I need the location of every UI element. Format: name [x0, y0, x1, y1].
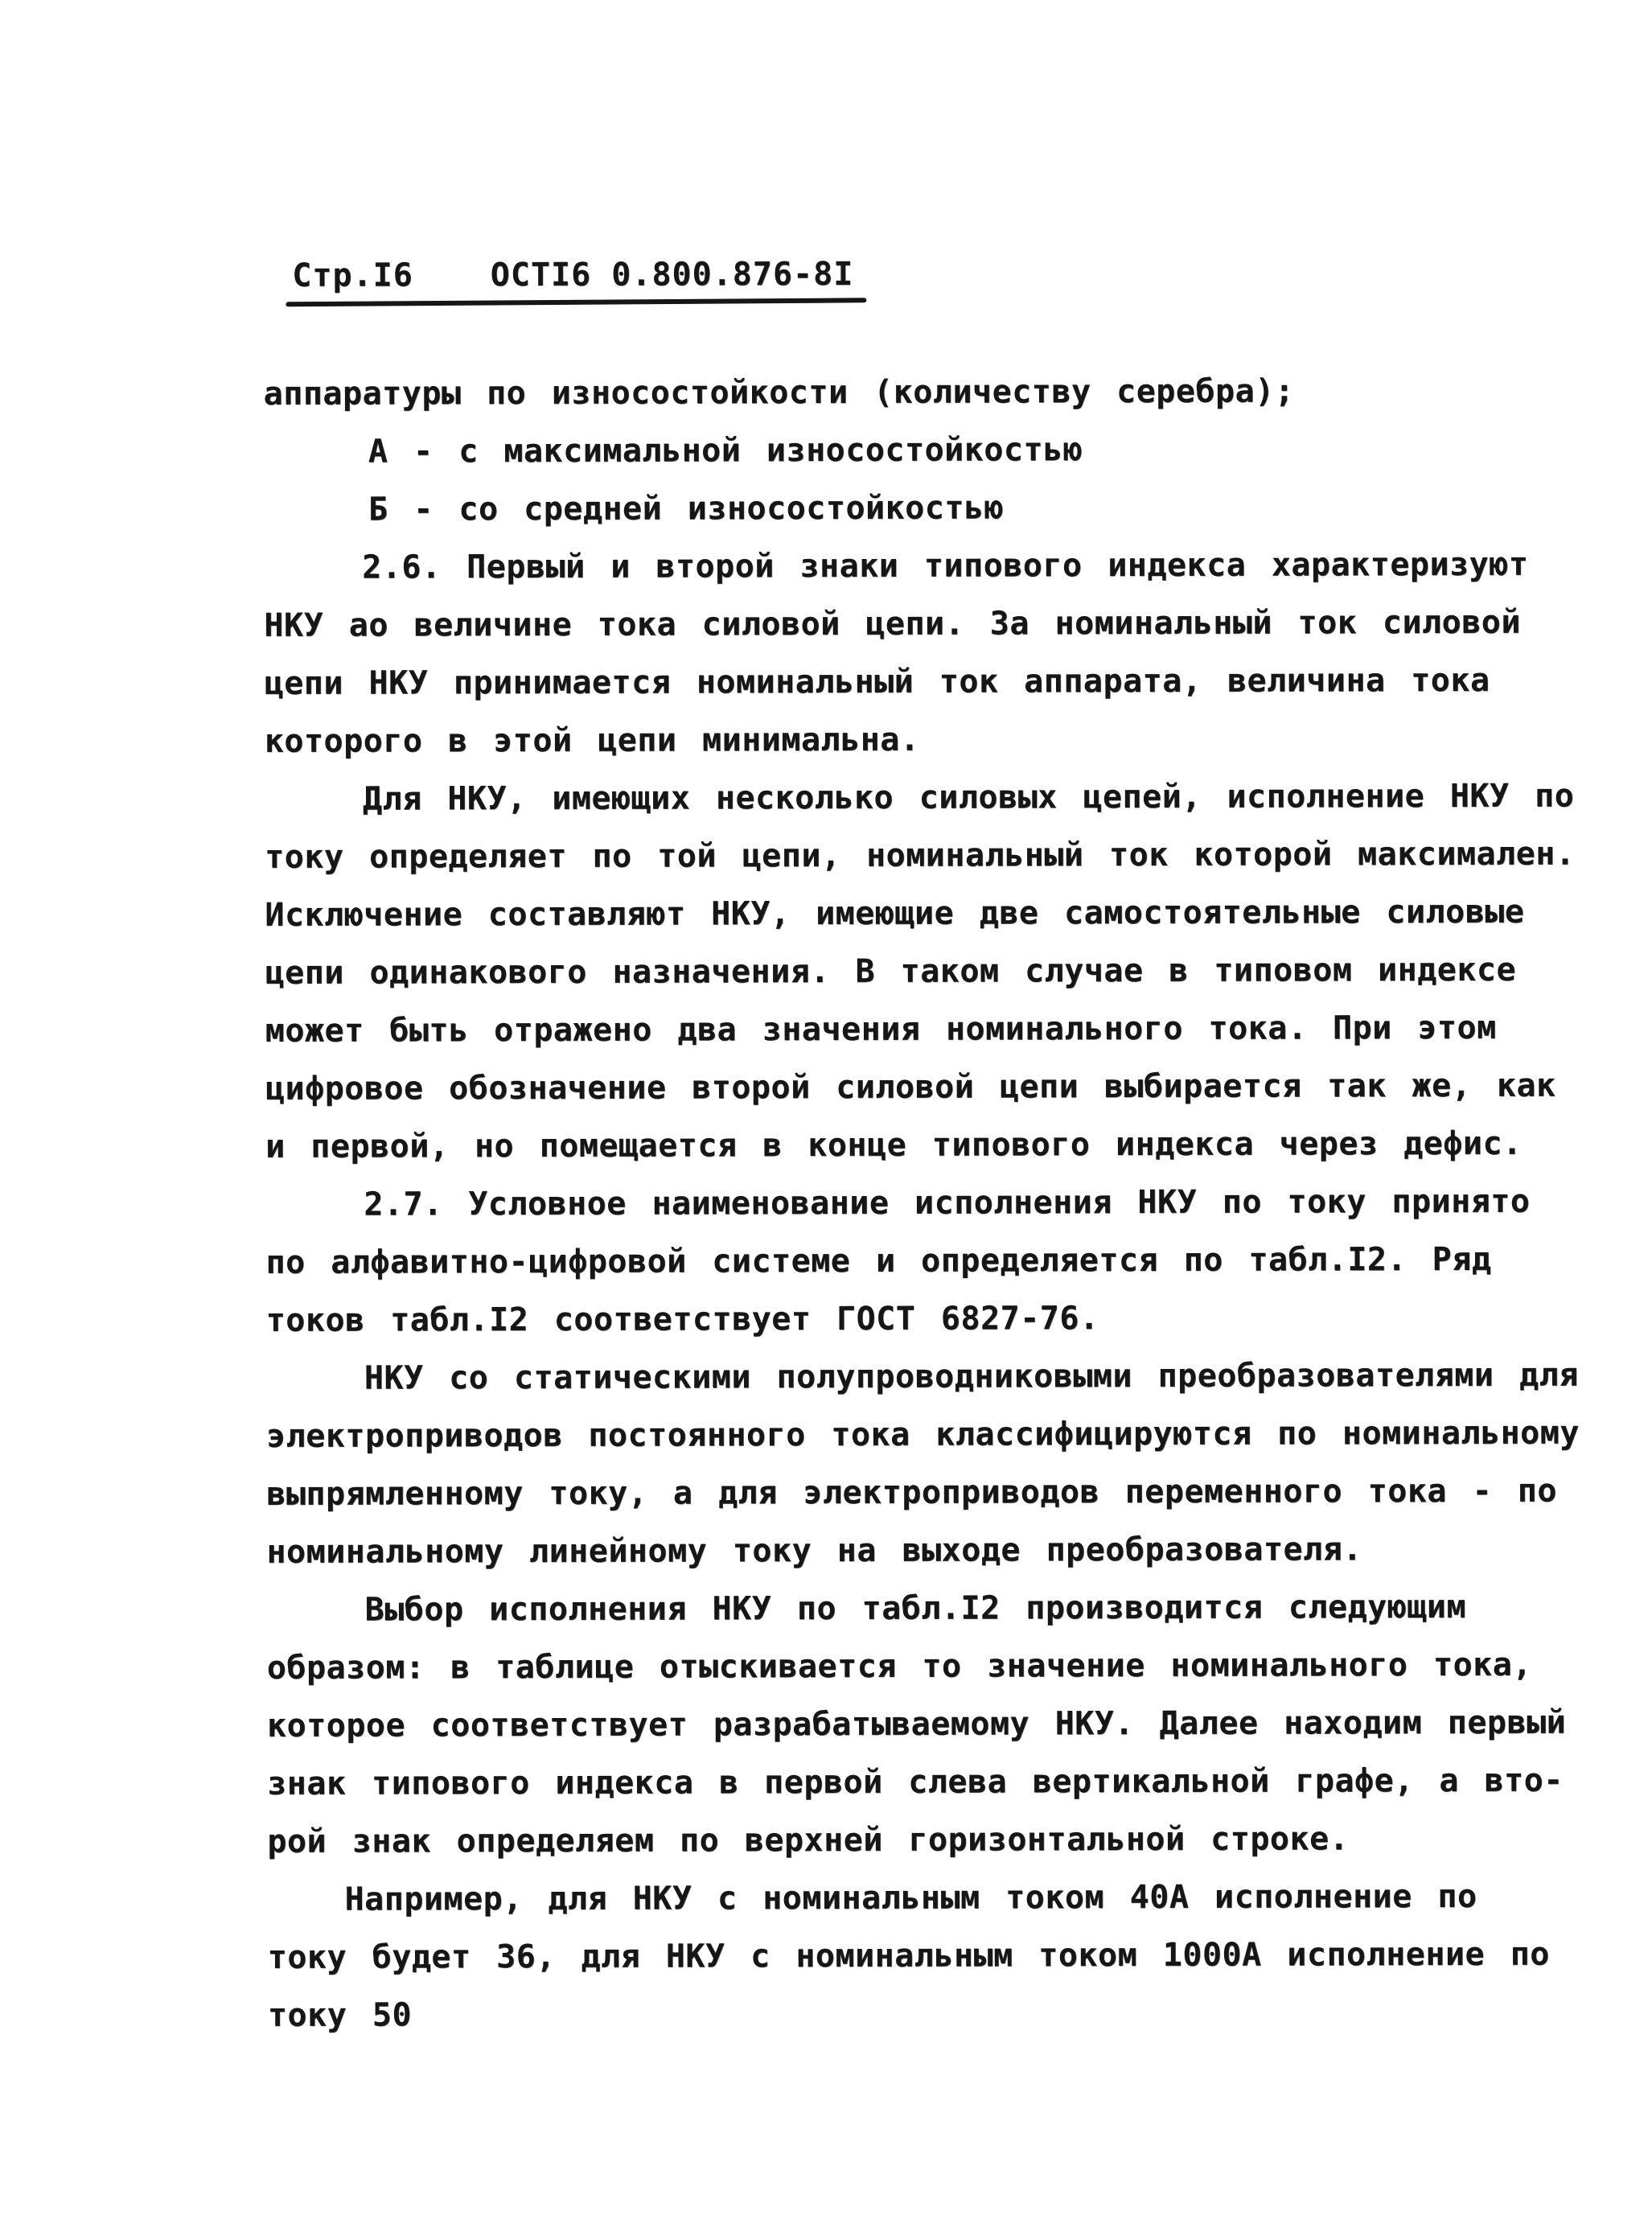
- text-line-list-item-a: А - с максимальной износостойкостью: [264, 420, 1583, 481]
- page-number-label: Стр.I6: [292, 257, 413, 294]
- text-line: токов табл.I2 соответствует ГОСТ 6827-76…: [266, 1289, 1585, 1350]
- scanned-document-page: Стр.I6ОСТI6 0.800.876-8I аппаратуры по и…: [0, 0, 1652, 2232]
- text-line: по алфавитно-цифровой системе и определя…: [265, 1231, 1584, 1292]
- text-line-example: Например, для НКУ с номинальным током 40…: [267, 1868, 1586, 1929]
- text-line: и первой, но помещается в конце типового…: [265, 1115, 1584, 1176]
- text-line: которое соответствует разрабатываемому Н…: [267, 1694, 1586, 1755]
- text-line: цепи одинакового назначения. В таком слу…: [265, 941, 1584, 1002]
- text-line: Выбор исполнения НКУ по табл.I2 производ…: [267, 1578, 1586, 1639]
- text-line: Для НКУ, имеющих несколько силовых цепей…: [265, 767, 1584, 828]
- text-line: току определяет по той цепи, номинальный…: [265, 825, 1584, 886]
- text-line: НКУ ао величине тока силовой цепи. За но…: [264, 594, 1583, 655]
- page-header: Стр.I6ОСТI6 0.800.876-8I: [292, 256, 853, 294]
- text-line-list-item-b: Б - со средней износостойкостью: [264, 478, 1583, 539]
- document-number: ОСТI6 0.800.876-8I: [491, 256, 854, 294]
- header-underline-rule: [286, 298, 866, 306]
- text-line: аппаратуры по износостойкости (количеств…: [264, 362, 1583, 423]
- text-line: знак типового индекса в первой слева вер…: [267, 1752, 1586, 1813]
- text-line: цифровое обозначение второй силовой цепи…: [265, 1057, 1584, 1118]
- text-line: образом: в таблице отыскивается то значе…: [267, 1636, 1586, 1697]
- text-line: НКУ со статическими полупроводниковыми п…: [266, 1346, 1585, 1408]
- text-line: которого в этой цепи минимальна.: [265, 709, 1584, 771]
- text-line: рой знак определяем по верхней горизонта…: [267, 1810, 1586, 1871]
- text-line: току 50: [268, 1983, 1587, 2045]
- text-line: току будет 36, для НКУ с номинальным ток…: [268, 1926, 1587, 1987]
- text-line: может быть отражено два значения номинал…: [265, 999, 1584, 1060]
- scan-area: Стр.I6ОСТI6 0.800.876-8I аппаратуры по и…: [0, 0, 1652, 2232]
- text-line-clause-2-6: 2.6. Первый и второй знаки типового инде…: [264, 536, 1583, 597]
- text-line: цепи НКУ принимается номинальный ток апп…: [264, 652, 1583, 713]
- text-line: номинальному линейному току на выходе пр…: [266, 1520, 1585, 1581]
- text-line: Исключение составляют НКУ, имеющие две с…: [265, 883, 1584, 944]
- text-line-clause-2-7: 2.7. Условное наименование исполнения НК…: [265, 1173, 1584, 1234]
- text-line: электроприводов постоянного тока классиф…: [266, 1404, 1585, 1465]
- text-line: выпрямленному току, а для электроприводо…: [266, 1462, 1585, 1523]
- document-body: аппаратуры по износостойкости (количеств…: [264, 362, 1587, 2045]
